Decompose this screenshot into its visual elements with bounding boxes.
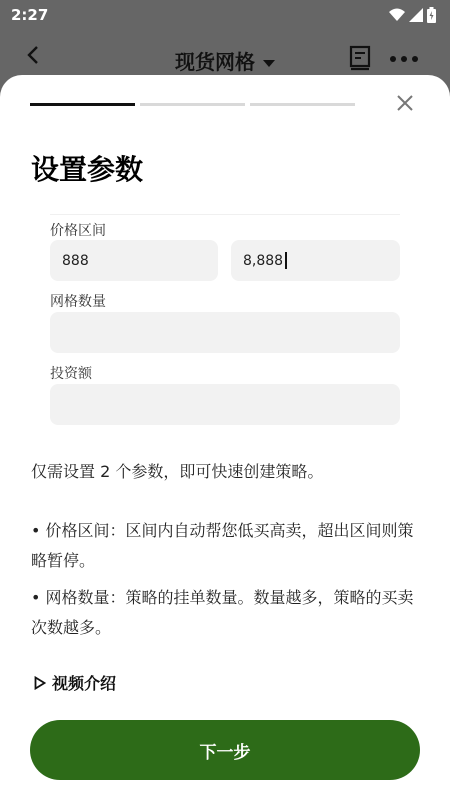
caret-down-icon <box>263 60 275 67</box>
investment-label: 投资额 <box>50 363 92 383</box>
video-intro-link[interactable]: 视频介绍 <box>34 671 116 694</box>
page-title: 现货网格 <box>175 50 255 74</box>
price-range-label: 价格区间 <box>50 220 106 240</box>
close-button[interactable] <box>395 93 415 113</box>
next-step-button[interactable]: 下一步 <box>30 720 420 780</box>
signal-icon <box>409 8 423 22</box>
price-max-value: 8,888 <box>243 253 283 269</box>
status-bar: 2:27 <box>0 0 450 32</box>
step-progress <box>30 103 355 106</box>
more-dot <box>390 56 396 62</box>
book-icon <box>349 45 371 71</box>
description-bullet-price-range: • 价格区间：区间内自动帮您低买高卖，超出区间则策略暂停。 <box>31 516 426 576</box>
more-dot <box>412 56 418 62</box>
sheet-heading: 设置参数 <box>31 148 143 188</box>
more-button[interactable] <box>390 48 418 62</box>
book-button[interactable] <box>349 45 371 75</box>
grid-count-label: 网格数量 <box>50 291 106 311</box>
wifi-icon <box>389 8 405 22</box>
play-triangle-icon <box>34 676 46 690</box>
page-title-dropdown[interactable]: 现货网格 <box>0 46 450 75</box>
video-intro-label: 视频介绍 <box>52 671 116 694</box>
grid-count-input[interactable] <box>50 312 400 353</box>
step-2-indicator <box>140 103 245 106</box>
price-min-input[interactable]: 888 <box>50 240 218 281</box>
price-min-value: 888 <box>62 253 89 269</box>
setup-sheet: 设置参数 价格区间 888 8,888 网格数量 投资额 仅需设置 2 个参数，… <box>0 75 450 799</box>
close-icon <box>395 93 415 113</box>
status-icons <box>389 7 436 23</box>
price-max-input[interactable]: 8,888 <box>231 240 400 281</box>
more-dot <box>401 56 407 62</box>
app-bar: 现货网格 <box>0 36 450 80</box>
description-bullet-grid-count: • 网格数量：策略的挂单数量。数量越多，策略的买卖次数越多。 <box>31 583 426 643</box>
investment-input[interactable] <box>50 384 400 425</box>
step-1-indicator <box>30 103 135 106</box>
description-intro: 仅需设置 2 个参数，即可快速创建策略。 <box>31 457 426 487</box>
step-3-indicator <box>250 103 355 106</box>
text-cursor <box>285 252 287 269</box>
status-time: 2:27 <box>11 6 48 24</box>
divider <box>50 214 400 215</box>
battery-charging-icon <box>427 7 436 23</box>
